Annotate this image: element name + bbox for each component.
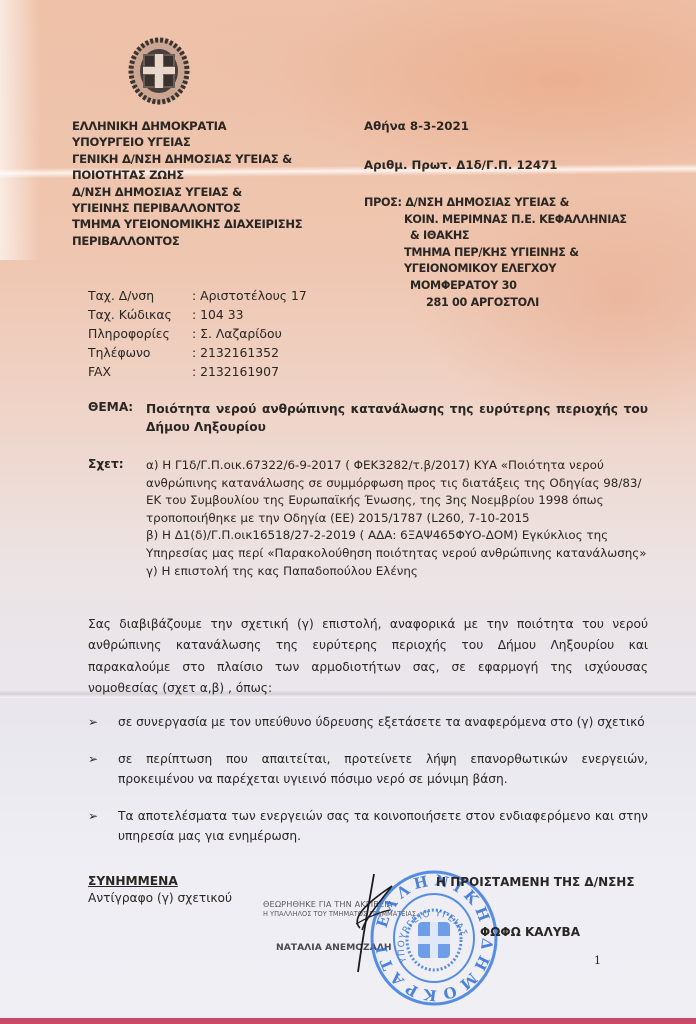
contact-value: : 2132161907 xyxy=(192,362,279,381)
contact-row: Ταχ. Κώδικας: 104 33 xyxy=(88,305,307,324)
reference-item: γ) Η επιστολή της κας Παπαδοπούλου Ελένη… xyxy=(146,563,648,581)
list-item: ➢ Τα αποτελέσματα των ενεργειών σας τα κ… xyxy=(88,806,648,846)
subject-text: Ποιότητα νερού ανθρώπινης κατανάλωσης τη… xyxy=(146,400,648,436)
recipient-line: ΚΟΙΝ. ΜΕΡΙΜΝΑΣ Π.Ε. ΚΕΦΑΛΛΗΝΙΑΣ xyxy=(364,212,627,229)
greek-coat-of-arms-icon xyxy=(128,37,190,105)
document-date: Αθήνα 8-3-2021 xyxy=(364,119,469,134)
arrow-bullet-icon: ➢ xyxy=(88,806,118,846)
recipient-line: & ΙΘΑΚΗΣ xyxy=(364,228,627,245)
attachments-heading: ΣΥΝΗΜΜΕΝΑ xyxy=(88,874,178,889)
sender-line: ΠΕΡΙΒΑΛΛΟΝΤΟΣ xyxy=(72,233,302,249)
background-edge xyxy=(0,1018,696,1024)
body-paragraph: Σας διαβιβάζουμε την σχετική (γ) επιστολ… xyxy=(88,614,648,700)
attachment-item: Αντίγραφο (γ) σχετικού xyxy=(88,891,232,906)
contact-value: : Αριστοτέλους 17 xyxy=(192,286,307,305)
reference-item: α) Η Γ1δ/Γ.Π.οικ.67322/6-9-2017 ( ΦΕΚ328… xyxy=(146,457,648,527)
sender-line: ΥΓΙΕΙΝΗΣ ΠΕΡΙΒΑΛΛΟΝΤΟΣ xyxy=(72,200,302,216)
sender-line: ΠΟΙΟΤΗΤΑΣ ΖΩΗΣ xyxy=(72,167,302,183)
sender-line: ΓΕΝΙΚΗ Δ/ΝΣΗ ΔΗΜΟΣΙΑΣ ΥΓΕΙΑΣ & xyxy=(72,151,302,167)
signatory-name: ΦΩΦΩ ΚΑΛΥΒΑ xyxy=(480,925,580,940)
page-number: 1 xyxy=(594,953,601,968)
recipient-line: ΜΟΜΦΕΡΑΤΟΥ 30 xyxy=(364,278,627,295)
recipient-label: ΠΡΟΣ: xyxy=(364,196,402,209)
sender-line: ΤΜΗΜΑ ΥΓΕΙΟΝΟΜΙΚΗΣ ΔΙΑΧΕΙΡΙΣΗΣ xyxy=(72,216,302,232)
contact-label: Πληροφορίες xyxy=(88,324,192,343)
contact-row: Ταχ. Δ/νση: Αριστοτέλους 17 xyxy=(88,286,307,305)
contact-label: Ταχ. Κώδικας xyxy=(88,305,192,324)
recipient-line: Δ/ΝΣΗ ΔΗΜΟΣΙΑΣ ΥΓΕΙΑΣ & xyxy=(405,196,569,209)
contact-label: Ταχ. Δ/νση xyxy=(88,286,192,305)
list-item-text: σε περίπτωση που απαιτείται, προτείνετε … xyxy=(118,749,648,789)
arrow-bullet-icon: ➢ xyxy=(88,712,118,732)
subject-label: ΘΕΜΑ: xyxy=(88,400,133,415)
contact-info: Ταχ. Δ/νση: Αριστοτέλους 17 Ταχ. Κώδικας… xyxy=(88,286,307,381)
sender-block: ΕΛΛΗΝΙΚΗ ΔΗΜΟΚΡΑΤΙΑ ΥΠΟΥΡΓΕΙΟ ΥΓΕΙΑΣ ΓΕΝ… xyxy=(72,118,302,249)
sender-line: Δ/ΝΣΗ ΔΗΜΟΣΙΑΣ ΥΓΕΙΑΣ & xyxy=(72,184,302,200)
handwritten-signature-icon xyxy=(330,868,410,978)
list-item: ➢ σε περίπτωση που απαιτείται, προτείνετ… xyxy=(88,749,648,789)
reference-item: β) Η Δ1(δ)/Γ.Π.οικ16518/27-2-2019 ( ΑΔΑ:… xyxy=(146,527,648,562)
list-item-text: σε συνεργασία με τον υπεύθυνο ύδρευσης ε… xyxy=(118,712,645,732)
contact-value: : Σ. Λαζαρίδου xyxy=(192,324,282,343)
contact-label: Τηλέφωνο xyxy=(88,343,192,362)
action-list: ➢ σε συνεργασία με τον υπεύθυνο ύδρευσης… xyxy=(88,712,648,863)
contact-row: Πληροφορίες : Σ. Λαζαρίδου xyxy=(88,324,307,343)
signatory-title: Η ΠΡΟΙΣΤΑΜΕΝΗ ΤΗΣ Δ/ΝΣΗΣ xyxy=(436,875,635,890)
contact-row: Τηλέφωνο: 2132161352 xyxy=(88,343,307,362)
recipient-line: 281 00 ΑΡΓΟΣΤΟΛΙ xyxy=(364,295,627,312)
list-item: ➢ σε συνεργασία με τον υπεύθυνο ύδρευσης… xyxy=(88,712,648,732)
contact-label: FAX xyxy=(88,362,192,381)
protocol-number: Αριθμ. Πρωτ. Δ1δ/Γ.Π. 12471 xyxy=(364,158,558,173)
subject-block: ΘΕΜΑ: Ποιότητα νερού ανθρώπινης κατανάλω… xyxy=(88,400,648,436)
sender-line: ΥΠΟΥΡΓΕΙΟ ΥΓΕΙΑΣ xyxy=(72,134,302,150)
arrow-bullet-icon: ➢ xyxy=(88,749,118,789)
references-label: Σχετ: xyxy=(88,457,124,472)
recipient-line: ΥΓΕΙΟΝΟΜΙΚΟΥ ΕΛΕΓΧΟΥ xyxy=(364,261,627,278)
contact-value: : 2132161352 xyxy=(192,343,279,362)
contact-value: : 104 33 xyxy=(192,305,243,324)
list-item-text: Τα αποτελέσματα των ενεργειών σας τα κοι… xyxy=(118,806,648,846)
recipient-line: ΤΜΗΜΑ ΠΕΡ/ΚΗΣ ΥΓΙΕΙΝΗΣ & xyxy=(364,245,627,262)
references-block: Σχετ: α) Η Γ1δ/Γ.Π.οικ.67322/6-9-2017 ( … xyxy=(88,457,648,580)
recipient-block: ΠΡΟΣ: Δ/ΝΣΗ ΔΗΜΟΣΙΑΣ ΥΓΕΙΑΣ & ΚΟΙΝ. ΜΕΡΙ… xyxy=(364,195,627,311)
contact-row: FAX: 2132161907 xyxy=(88,362,307,381)
sender-line: ΕΛΛΗΝΙΚΗ ΔΗΜΟΚΡΑΤΙΑ xyxy=(72,118,302,134)
